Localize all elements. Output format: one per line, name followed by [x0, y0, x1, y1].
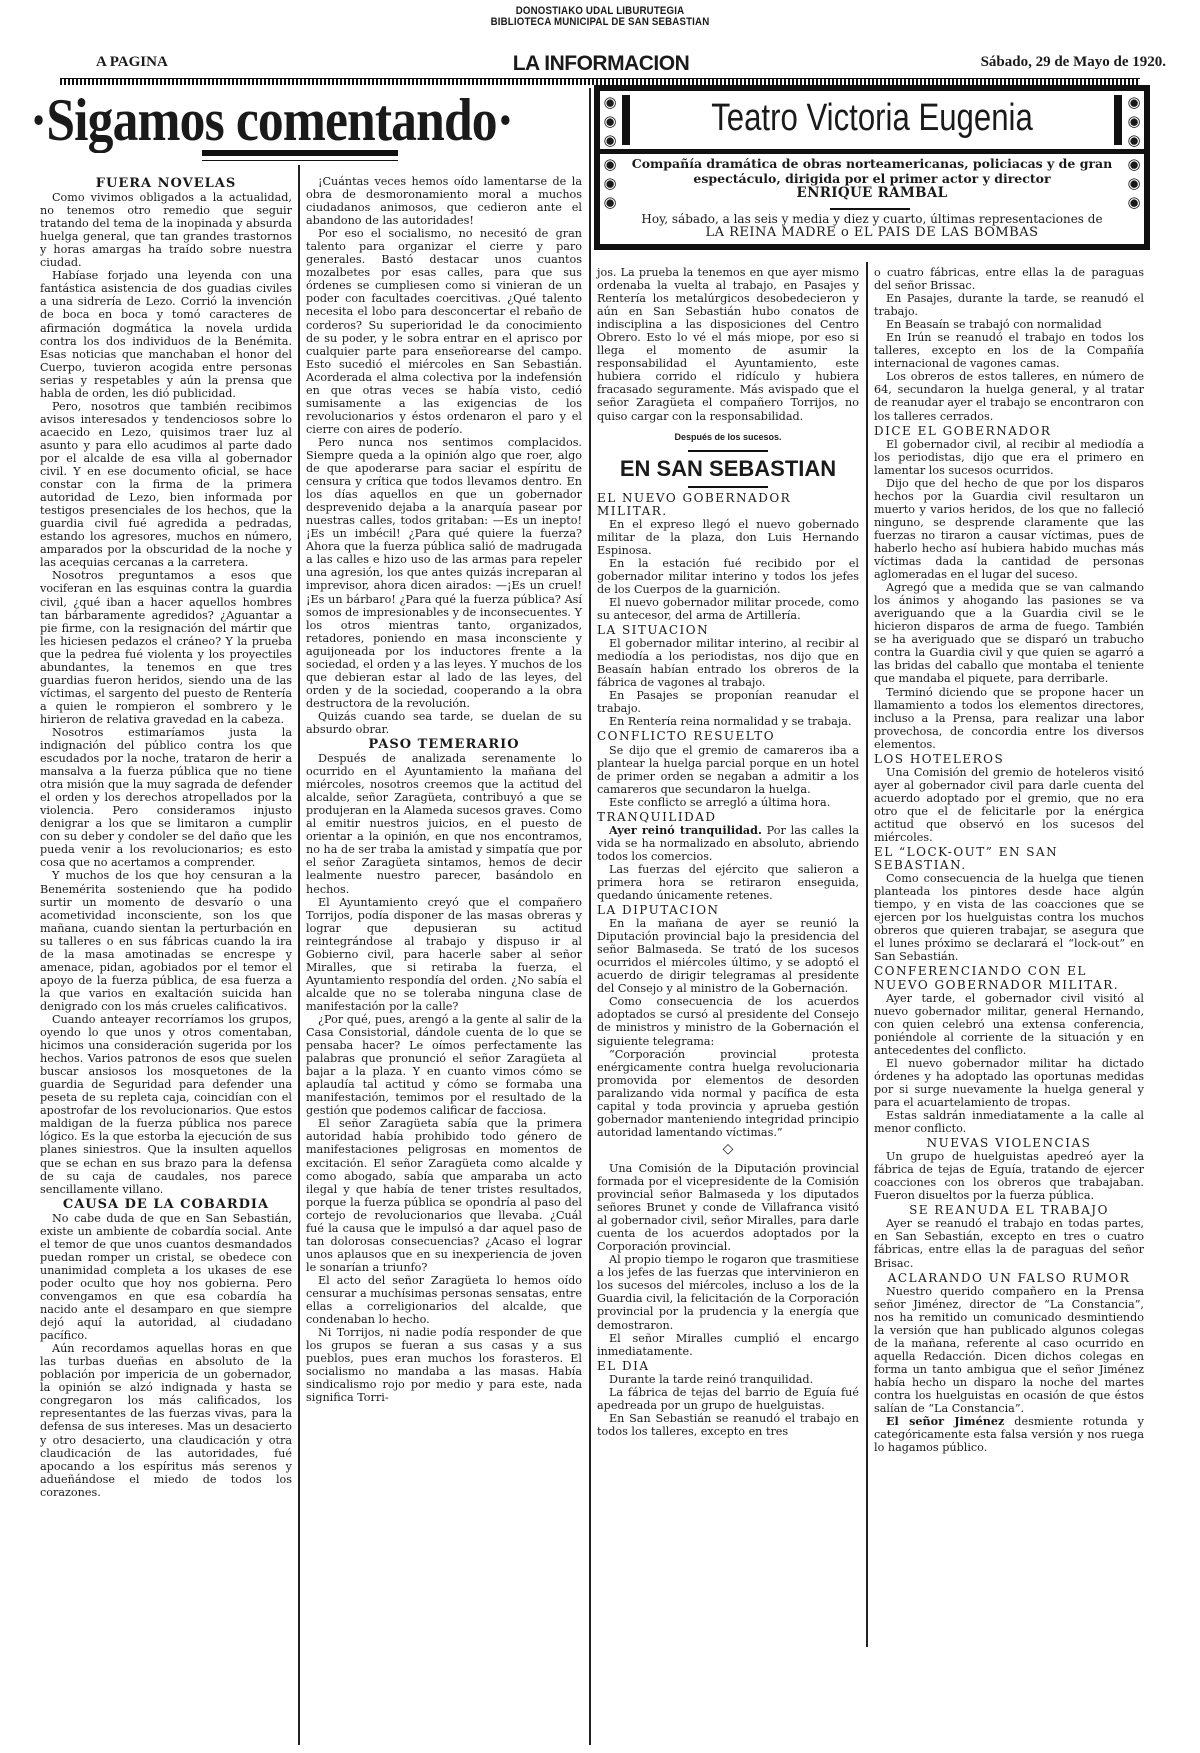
subhead-causa-cobardia: CAUSA DE LA COBARDIA	[40, 1198, 292, 1211]
diamond-separator-icon: ◇	[597, 1143, 859, 1156]
paragraph: Ni Torrijos, ni nadie podía responder de…	[306, 1326, 582, 1404]
theatre-rule	[830, 208, 910, 210]
subhead-diputacion: LA DIPUTACION	[597, 904, 859, 917]
ornament-right-icon: ◉◉◉	[1126, 155, 1142, 212]
paragraph: Un grupo de huelguistas apedreó ayer la …	[874, 1150, 1144, 1202]
paragraph: Aún recordamos aquellas horas en que las…	[40, 1342, 292, 1499]
theatre-name: Teatro Victoria Eugenia	[677, 95, 1067, 141]
article-column-3: jos. La prueba la tenemos en que ayer mi…	[597, 266, 859, 1438]
paragraph: En Beasaín se trabajó con normalidad	[874, 318, 1144, 331]
kicker: Después de los sucesos.	[597, 431, 859, 444]
article-column-2: ¡Cuántas veces hemos oído lamentarse de …	[306, 175, 582, 1404]
paragraph: Ayer reinó tranquilidad. Por las calles …	[597, 824, 859, 863]
paragraph: Dijo que del hecho de que por los dispar…	[874, 477, 1144, 581]
subhead-nuevas-violencias: NUEVAS VIOLENCIAS	[874, 1137, 1144, 1150]
paragraph: El señor Zaragüeta sabía que la primera …	[306, 1117, 582, 1274]
paragraph: El señor Miralles cumplió el encargo inm…	[597, 1332, 859, 1358]
page-headline: ·Sigamos comentando·	[30, 88, 512, 152]
column-divider	[589, 88, 591, 1745]
company-description: Compañía dramática de obras norteamerica…	[632, 156, 1112, 186]
ornament-left-icon: ◉◉◉	[602, 155, 618, 212]
theatre-company: Compañía dramática de obras norteamerica…	[630, 157, 1114, 201]
subhead-fuera-novelas: FUERA NOVELAS	[40, 177, 292, 190]
subhead-conferenciando: CONFERENCIANDO CON EL NUEVO GOBERNADOR M…	[874, 965, 1144, 991]
paragraph: Pero, nosotros que también recibimos avi…	[40, 400, 292, 570]
headline-rule-thin	[202, 160, 398, 161]
subhead-situacion: LA SITUACION	[597, 624, 859, 637]
paragraph: Quizás cuando sea tarde, se duelan de su…	[306, 710, 582, 736]
paragraph: En Pasajes se proponían reanudar el trab…	[597, 689, 859, 715]
paragraph: ¡Cuántas veces hemos oído lamentarse de …	[306, 175, 582, 227]
paragraph: Las fuerzas del ejército que salieron a …	[597, 863, 859, 902]
paragraph: Una Comisión del gremio de hoteleros vis…	[874, 766, 1144, 844]
paragraph: Ayer se reanudó el trabajo en todas part…	[874, 1217, 1144, 1269]
ornament-left-icon: ◉◉◉	[602, 93, 618, 150]
paragraph: jos. La prueba la tenemos en que ayer mi…	[597, 266, 859, 423]
paragraph: Y muchos de los que hoy censuran a la Be…	[40, 869, 292, 1013]
subhead-aclarando: ACLARANDO UN FALSO RUMOR	[874, 1272, 1144, 1285]
paragraph: Como consecuencia de los acuerdos adopta…	[597, 995, 859, 1047]
paragraph: En la mañana de ayer se reunió la Diputa…	[597, 917, 859, 995]
paragraph: Habíase forjado una leyenda con una fant…	[40, 269, 292, 399]
bold-lead: El señor Jiménez	[886, 1414, 1004, 1428]
subhead-dice-gobernador: DICE EL GOBERNADOR	[874, 425, 1144, 438]
paragraph: Una Comisión de la Diputación provincial…	[597, 1162, 859, 1253]
paragraph: Los obreros de estos talleres, en número…	[874, 370, 1144, 422]
paragraph: Agregó que a medida que se van calmando …	[874, 581, 1144, 685]
paragraph: Al propio tiempo le rogaron que trasmiti…	[597, 1253, 859, 1331]
paragraph: Estas saldrán inmediatamente a la calle …	[874, 1109, 1144, 1135]
ornament-bar-right	[1114, 95, 1122, 145]
paragraph: Nosotros estimaríamos justa la indignaci…	[40, 726, 292, 870]
paragraph: Se dijo que el gremio de camareros iba a…	[597, 744, 859, 796]
theatre-advertisement: ◉◉◉ Teatro Victoria Eugenia ◉◉◉ ◉◉◉ ◉◉◉ …	[594, 85, 1150, 250]
paragraph: Por eso el socialismo, no necesitó de gr…	[306, 227, 582, 436]
director-name: ENRIQUE RAMBAL	[630, 186, 1114, 201]
paragraph: Este conflicto se arregló a última hora.	[597, 796, 859, 809]
subhead-se-reanuda: SE REANUDA EL TRABAJO	[874, 1204, 1144, 1217]
headline-rule	[202, 150, 398, 156]
section-headline: EN SAN SEBASTIAN	[597, 456, 859, 482]
ornament-right-icon: ◉◉◉	[1126, 93, 1142, 150]
paragraph: El Ayuntamiento creyó que el compañero T…	[306, 896, 582, 1013]
performance-notice: Hoy, sábado, a las seis y media y diez y…	[608, 212, 1136, 240]
theatre-title-band: ◉◉◉ Teatro Victoria Eugenia ◉◉◉	[600, 91, 1144, 154]
masthead: A PAGINA LA INFORMACION Sábado, 29 de Ma…	[36, 52, 1166, 76]
subhead-paso-temerario: PASO TEMERARIO	[306, 738, 582, 751]
paragraph: La fábrica de tejas del barrio de Eguía …	[597, 1386, 859, 1412]
ornament-bar-left	[622, 95, 630, 145]
masthead-rule	[60, 78, 1140, 85]
play-titles: LA REINA MADRE o EL PAIS DE LAS BOMBAS	[608, 226, 1136, 240]
paragraph: El señor Jiménez desmiente rotunda y cat…	[874, 1415, 1144, 1454]
subhead-conflicto: CONFLICTO RESUELTO	[597, 730, 859, 743]
column-divider	[866, 262, 868, 1647]
article-column-4: o cuatro fábricas, entre ellas la de par…	[874, 266, 1144, 1454]
article-column-1: FUERA NOVELAS Como vivimos obligados a l…	[40, 175, 292, 1499]
archive-line-spanish: BIBLIOTECA MUNICIPAL DE SAN SEBASTIAN	[72, 17, 1128, 28]
paragraph: Después de analizada serenamente lo ocur…	[306, 752, 582, 896]
paragraph: Como vivimos obligados a la actualidad, …	[40, 191, 292, 269]
paragraph: El gobernador militar interino, al recib…	[597, 637, 859, 689]
paragraph: En San Sebastián se reanudó el trabajo e…	[597, 1412, 859, 1438]
paragraph: En Pasajes, durante la tarde, se reanudó…	[874, 292, 1144, 318]
paragraph: Cuando anteayer recorríamos los grupos, …	[40, 1013, 292, 1196]
subhead-el-dia: EL DIA	[597, 1360, 859, 1373]
paragraph: El nuevo gobernador militar procede, com…	[597, 596, 859, 622]
paragraph: En Irún se reanudó el trabajo en todos l…	[874, 331, 1144, 370]
paragraph: En la estación fué recibido por el gober…	[597, 557, 859, 596]
paragraph: Durante la tarde reinó tranquilidad.	[597, 1373, 859, 1386]
paragraph: o cuatro fábricas, entre ellas la de par…	[874, 266, 1144, 292]
paragraph: Nuestro querido compañero en la Prensa s…	[874, 1285, 1144, 1415]
paragraph: No cabe duda de que en San Sebastián, ex…	[40, 1212, 292, 1342]
section-rule	[688, 486, 768, 488]
telegram-quote: “Corporación provincial protesta enérgic…	[597, 1048, 859, 1139]
paragraph: Ayer tarde, el gobernador civil visitó a…	[874, 992, 1144, 1057]
paragraph: En el expreso llegó el nuevo gobernado m…	[597, 518, 859, 557]
paragraph: Como consecuencia de la huelga que tiene…	[874, 872, 1144, 963]
bold-lead: Ayer reinó tranquilidad.	[609, 823, 762, 837]
archive-stamp: DONOSTIAKO UDAL LIBURUTEGIA BIBLIOTECA M…	[72, 6, 1128, 28]
paragraph: Nosotros preguntamos a esos que vocifera…	[40, 569, 292, 726]
column-divider	[298, 165, 300, 1745]
performance-time: Hoy, sábado, a las seis y media y diez y…	[641, 212, 1102, 226]
paragraph: El acto del señor Zaragüeta lo hemos oíd…	[306, 1274, 582, 1326]
section-rule	[688, 450, 768, 452]
subhead-nuevo-gobernador: EL NUEVO GOBERNADOR MILITAR.	[597, 492, 859, 518]
paragraph: El nuevo gobernador militar ha dictado ó…	[874, 1057, 1144, 1109]
paragraph: Pero nunca nos sentimos complacidos. Sie…	[306, 436, 582, 710]
issue-date: Sábado, 29 de Mayo de 1920.	[981, 54, 1166, 71]
paragraph: El gobernador civil, al recibir al medio…	[874, 438, 1144, 477]
subhead-hoteleros: LOS HOTELEROS	[874, 753, 1144, 766]
subhead-lock-out: EL “LOCK-OUT” EN SAN SEBASTIAN.	[874, 846, 1144, 872]
paragraph: Terminó diciendo que se propone hacer un…	[874, 686, 1144, 751]
paragraph: ¿Por qué, pues, arengó a la gente al sal…	[306, 1013, 582, 1117]
paragraph: En Rentería reina normalidad y se trabaj…	[597, 715, 859, 728]
